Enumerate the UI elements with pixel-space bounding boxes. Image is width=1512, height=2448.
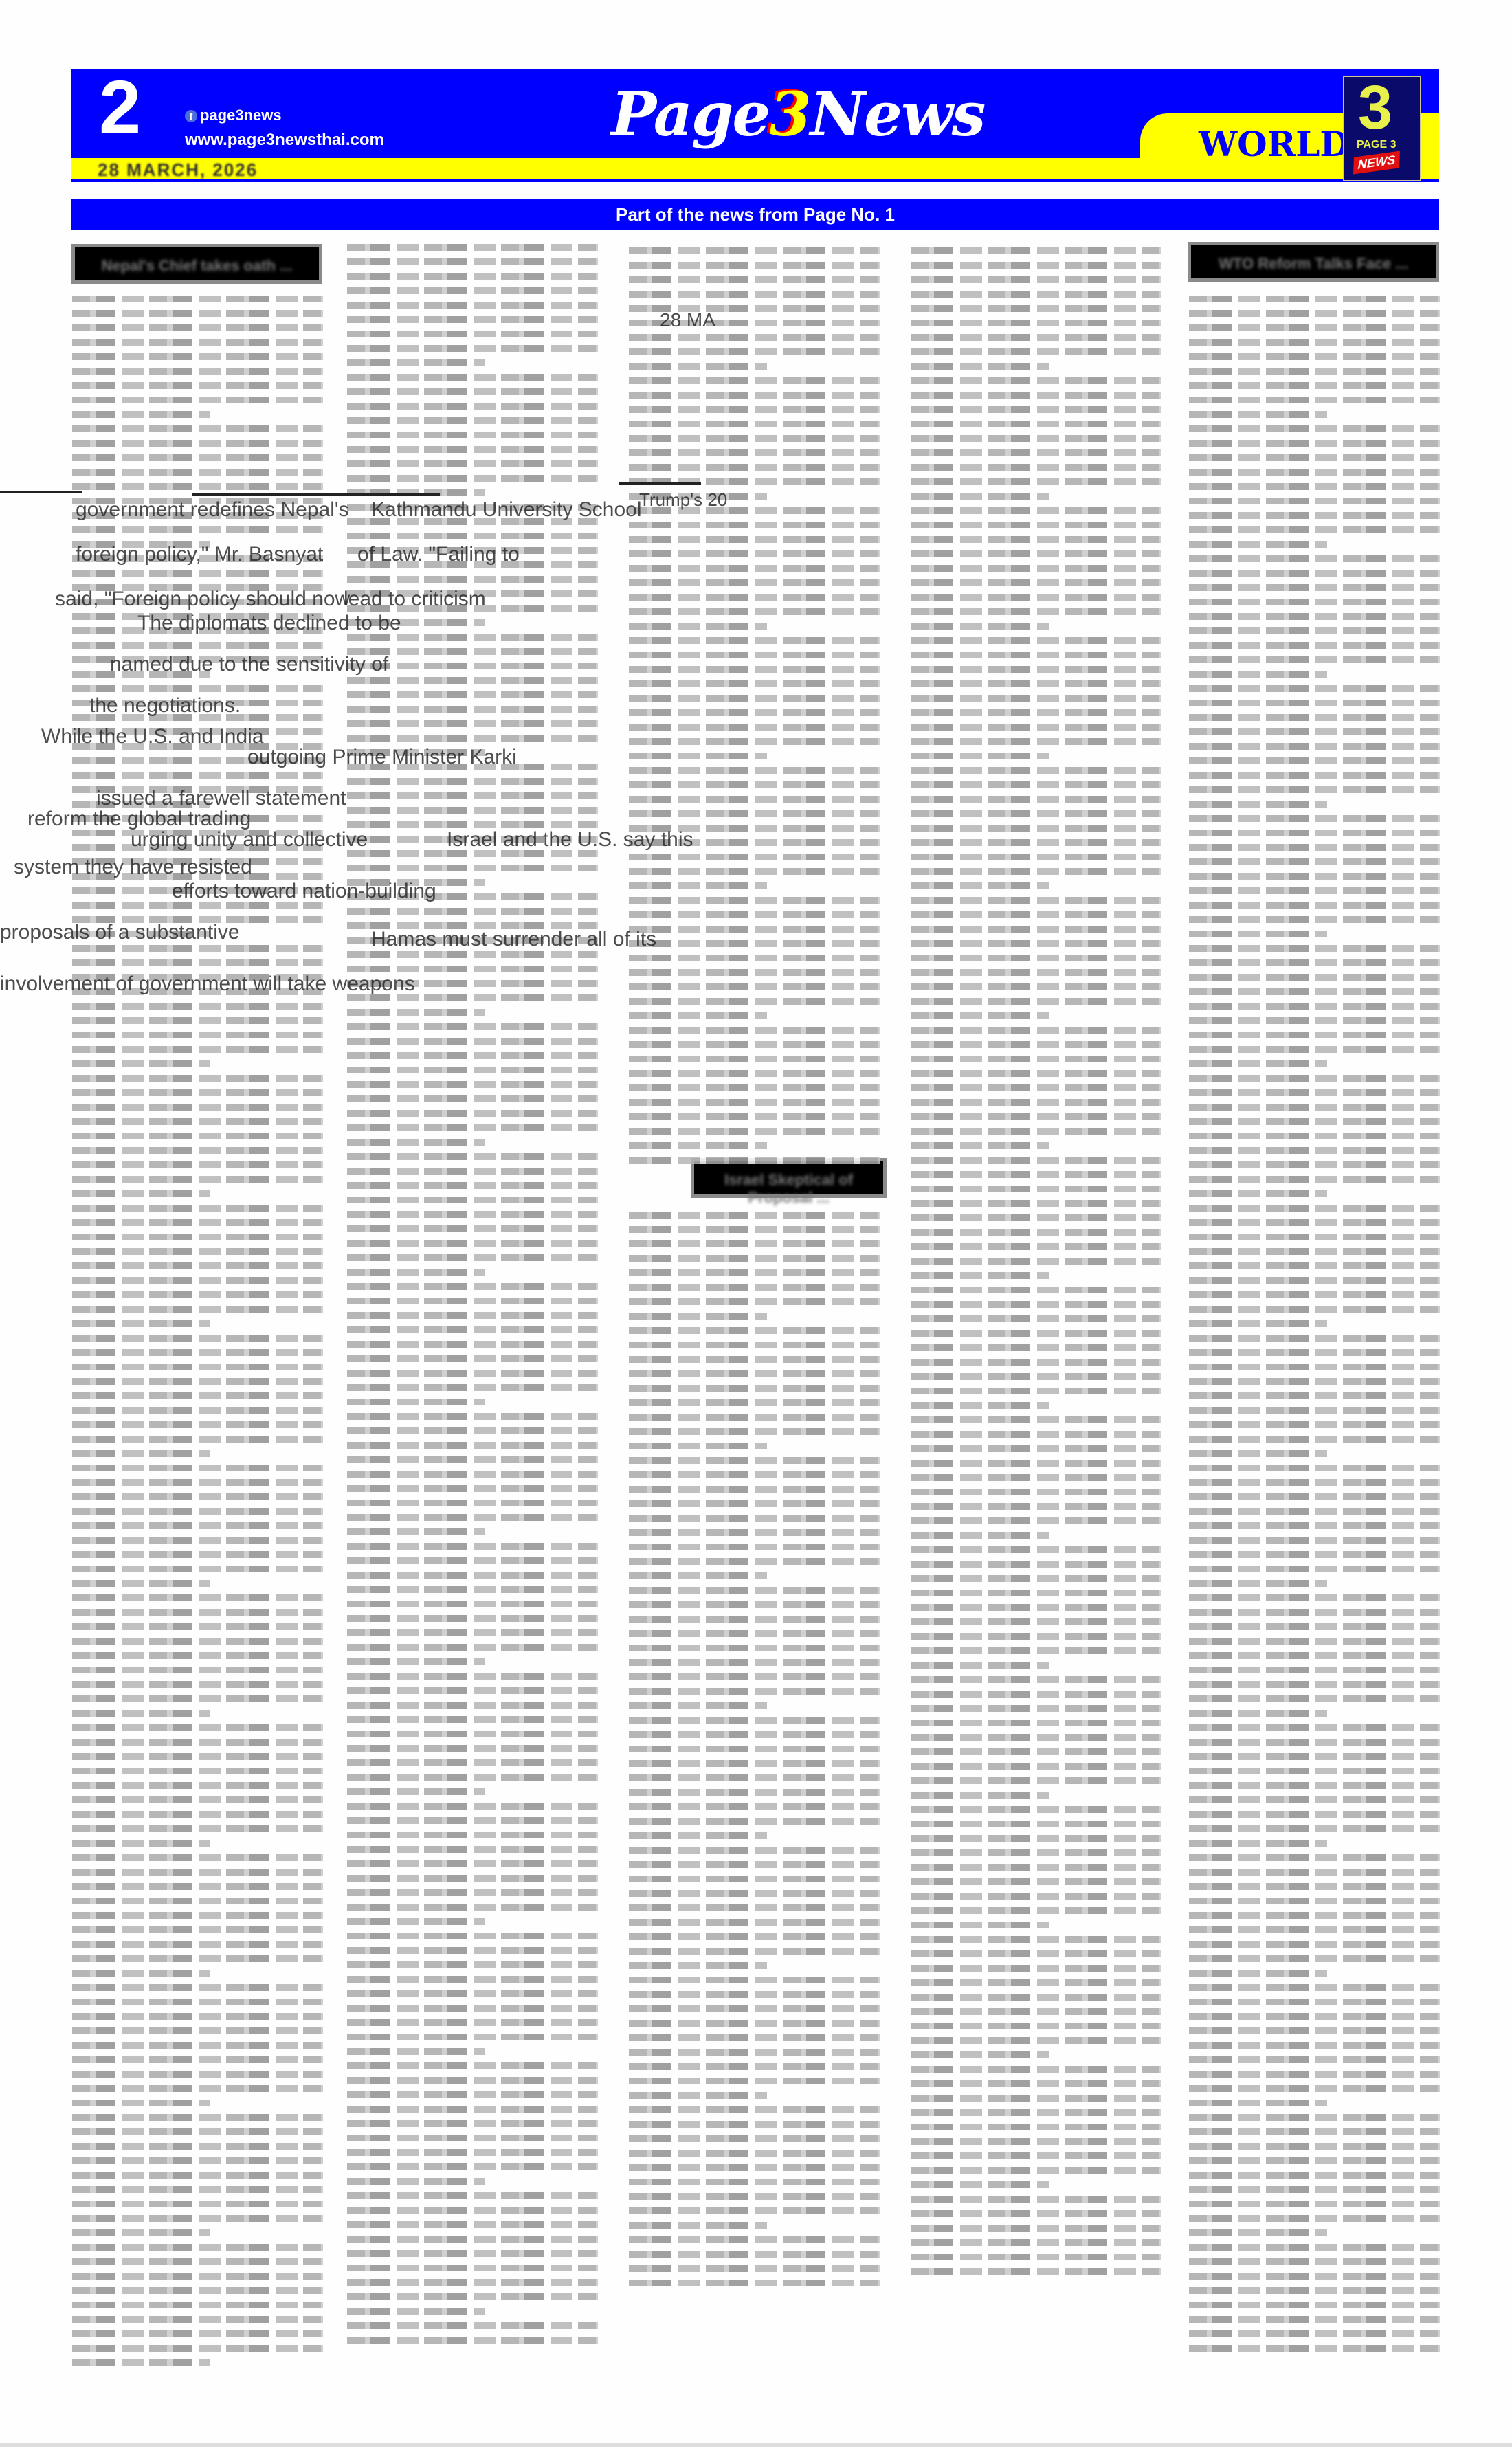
article-text-line [911, 1272, 1049, 1279]
article-text-line [911, 1171, 1161, 1178]
article-text-line [629, 2207, 880, 2214]
article-text-line [1189, 1609, 1440, 1616]
article-text-line [629, 1731, 880, 1738]
article-text-line [911, 955, 1161, 961]
article-text-line [72, 1970, 210, 1977]
article-text-line [1189, 844, 1440, 851]
page3-badge-logo: 3 PAGE 3 NEWS [1343, 76, 1421, 181]
article-text-line [911, 1460, 1161, 1467]
article-text-line [911, 435, 1161, 442]
article-text-line [911, 1849, 1161, 1856]
overlay-text: 28 MA [660, 309, 715, 331]
article-text-line [1189, 1205, 1440, 1212]
article-column-4 [911, 247, 1161, 2282]
article-text-line [911, 2239, 1161, 2246]
article-text-line [1189, 541, 1327, 548]
article-text-line [629, 2265, 880, 2272]
article-text-line [1189, 1825, 1440, 1832]
overlay-text: proposals of a substantive [0, 921, 240, 944]
article-text-line [911, 550, 1161, 557]
article-text-line [347, 2192, 598, 2199]
article-text-line [911, 522, 1161, 528]
article-text-line [347, 1514, 598, 1521]
article-text-line [72, 685, 323, 692]
article-text-line [72, 1089, 323, 1096]
article-text-line [1189, 1118, 1440, 1125]
article-text-line [347, 1197, 598, 1203]
article-text-line [1189, 526, 1440, 533]
article-text-line [629, 724, 880, 731]
article-text-line [629, 1630, 880, 1637]
logo-number: 3 [769, 78, 810, 150]
article-text-line [629, 1544, 880, 1550]
article-text-line [1189, 873, 1440, 880]
article-text-line [629, 738, 880, 745]
overlay-text: lead to criticism [344, 588, 486, 611]
article-text-line [911, 1012, 1049, 1019]
article-text-line [911, 1705, 1161, 1712]
article-text-line [72, 1854, 323, 1861]
article-text-line [347, 1832, 598, 1838]
facebook-handle[interactable]: fpage3news [185, 107, 282, 124]
article-text-line [1189, 1623, 1440, 1630]
article-text-line [629, 666, 880, 673]
article-text-line [911, 1532, 1049, 1539]
article-text-line [629, 1157, 880, 1164]
overlay-text: urging unity and collective [131, 828, 368, 852]
overlay-text: involvement of government will take weap… [0, 972, 415, 996]
article-text-line [629, 1070, 880, 1077]
article-text-line [911, 1099, 1161, 1106]
article-text-line [1189, 2143, 1440, 2150]
badge-tag: NEWS [1353, 151, 1400, 175]
article-text-line [911, 1806, 1161, 1813]
article-text-line [1189, 2071, 1440, 2078]
article-text-line [629, 550, 880, 557]
article-text-line [1189, 2201, 1440, 2207]
article-text-line [347, 2221, 598, 2228]
article-text-line [629, 608, 880, 615]
article-text-line [629, 1500, 880, 1507]
article-text-line [1189, 440, 1440, 447]
article-text-line [911, 1344, 1161, 1351]
article-text-line [1189, 1724, 1440, 1731]
article-text-line [347, 1875, 598, 1882]
article-text-line [911, 1056, 1161, 1062]
article-text-line [1189, 613, 1440, 620]
article-text-line [72, 1508, 323, 1515]
article-text-line [911, 1792, 1049, 1799]
article-text-line [347, 446, 598, 453]
article-text-line [1189, 2273, 1440, 2280]
article-text-line [911, 1893, 1161, 1900]
article-text-line [72, 1955, 323, 1962]
article-text-line [1189, 555, 1440, 562]
article-text-line [629, 2280, 880, 2286]
article-text-line [72, 1248, 323, 1255]
article-text-line [629, 810, 880, 817]
article-text-line [629, 1443, 767, 1449]
article-text-line [629, 1226, 880, 1233]
article-text-line [629, 1342, 880, 1348]
article-text-line [629, 637, 880, 644]
article-text-line [1189, 685, 1440, 692]
article-text-line [72, 1926, 323, 1933]
article-text-line [347, 417, 598, 424]
article-text-line [347, 1009, 485, 1016]
article-text-line [911, 1907, 1161, 1914]
article-text-line [911, 1186, 1161, 1192]
overlay-text: While the U.S. and India [41, 725, 264, 748]
article-text-line [347, 1456, 598, 1463]
article-text-line [1189, 1147, 1440, 1154]
article-text-line [72, 2114, 323, 2121]
headline-box-col5: WTO Reform Talks Face ... [1188, 242, 1439, 282]
article-text-line [1189, 1652, 1440, 1659]
article-text-line [911, 536, 1161, 543]
article-text-line [1189, 1450, 1327, 1457]
article-text-line [1189, 2229, 1327, 2236]
article-text-line [911, 1388, 1161, 1394]
article-text-line [347, 1298, 598, 1304]
overlay-text: Kathmandu University School [371, 498, 642, 522]
overlay-text: efforts toward nation-building [172, 880, 436, 903]
article-text-line [911, 1402, 1049, 1409]
article-text-line [629, 2078, 880, 2084]
article-text-line [347, 2062, 598, 2069]
article-text-line [911, 767, 1161, 774]
article-text-line [347, 1731, 598, 1737]
article-text-line [72, 1522, 323, 1529]
article-text-line [347, 1702, 598, 1709]
article-text-line [72, 2013, 323, 2020]
article-text-line [911, 1821, 1161, 1827]
article-text-line [629, 449, 880, 456]
article-text-line [629, 1471, 880, 1478]
article-text-line [72, 411, 210, 418]
website-link[interactable]: www.page3newsthai.com [185, 131, 384, 150]
article-text-line [72, 382, 323, 389]
article-text-line [1189, 858, 1440, 865]
article-text-line [1189, 772, 1440, 779]
article-text-line [347, 1889, 598, 1896]
article-text-line [72, 1306, 323, 1313]
article-text-line [629, 392, 880, 399]
article-text-line [911, 2008, 1161, 2015]
article-text-line [72, 1017, 323, 1024]
article-text-line [72, 1840, 210, 1847]
article-text-line [1189, 2056, 1440, 2063]
article-text-line [911, 983, 1161, 990]
article-text-line [72, 1753, 323, 1760]
article-text-line [1189, 1364, 1440, 1370]
article-text-line [347, 1788, 485, 1795]
article-text-line [1189, 1219, 1440, 1226]
article-text-line [1189, 1349, 1440, 1356]
article-text-line [1189, 2316, 1440, 2323]
article-text-line [629, 911, 880, 918]
article-text-line [347, 966, 598, 972]
article-text-line [629, 998, 880, 1005]
article-text-line [347, 1442, 598, 1449]
article-text-line [1189, 1796, 1440, 1803]
article-text-line [1189, 1840, 1327, 1847]
overlay-text: of Law. "Failing to [357, 543, 520, 566]
article-text-line [72, 1869, 323, 1876]
article-text-line [347, 1904, 598, 1911]
article-text-line [1189, 1479, 1440, 1486]
article-text-line [1189, 1234, 1440, 1240]
article-text-line [1189, 1060, 1327, 1067]
article-text-line [72, 397, 323, 403]
article-text-line [911, 594, 1161, 601]
article-text-line [911, 1258, 1161, 1265]
article-text-line [347, 2149, 598, 2156]
article-text-line [347, 1817, 598, 1824]
article-text-line [911, 2225, 1161, 2232]
article-text-line [347, 2106, 598, 2113]
article-text-line [72, 1392, 323, 1399]
article-text-line [347, 2322, 598, 2329]
article-text-line [72, 1075, 323, 1082]
article-text-line [911, 1763, 1161, 1770]
article-text-line [347, 273, 598, 280]
overlay-text: reform the global trading [27, 808, 251, 831]
article-text-line [347, 2308, 485, 2315]
article-text-line [72, 1566, 323, 1572]
article-text-line [911, 1229, 1161, 1236]
article-text-line [1189, 1811, 1440, 1818]
article-text-line [72, 642, 323, 649]
article-text-line [347, 1860, 598, 1867]
article-text-line [911, 1128, 1161, 1135]
article-text-line [911, 2210, 1161, 2217]
article-text-line [72, 2316, 323, 2323]
overlay-text: foreign policy," Mr. Basnyat [76, 543, 323, 566]
article-text-line [72, 1479, 323, 1486]
article-text-line [347, 2120, 598, 2127]
article-text-line [347, 1269, 485, 1276]
article-text-line [1189, 2287, 1440, 2294]
article-text-line [629, 2164, 880, 2171]
article-text-line [911, 1445, 1161, 1452]
article-text-line [72, 1219, 323, 1226]
article-text-line [347, 1211, 598, 1218]
article-text-line [911, 579, 1161, 586]
article-text-line [347, 908, 598, 915]
article-text-line [629, 680, 880, 687]
article-text-line [1189, 945, 1440, 952]
article-text-line [911, 969, 1161, 976]
headline-text: Nepal's Chief takes oath ... [75, 257, 319, 275]
article-text-line [1189, 1883, 1440, 1890]
article-text-line [629, 1601, 880, 1608]
article-text-line [1189, 2157, 1440, 2164]
article-text-line [1189, 728, 1440, 735]
article-text-line [1189, 599, 1440, 605]
article-text-line [911, 1936, 1161, 1943]
article-text-line [629, 1486, 880, 1493]
article-text-line [911, 854, 1161, 860]
article-text-line [347, 331, 598, 337]
article-text-line [911, 1950, 1161, 1957]
article-text-line [72, 1493, 323, 1500]
article-text-line [72, 1277, 323, 1284]
article-text-line [1189, 757, 1440, 764]
article-text-line [72, 324, 323, 331]
article-text-line [629, 1645, 880, 1651]
article-text-line [911, 1474, 1161, 1481]
article-text-line [629, 1385, 880, 1392]
article-text-line [72, 1161, 323, 1168]
article-text-line [911, 291, 1161, 298]
article-text-line [72, 1436, 323, 1443]
section-label: WORLD [1199, 124, 1350, 164]
article-text-line [347, 1427, 598, 1434]
article-text-line [1189, 339, 1440, 346]
article-text-line [347, 287, 598, 294]
article-text-line [347, 1586, 598, 1593]
article-text-line [911, 926, 1161, 933]
article-text-line [347, 1225, 598, 1232]
article-text-line [911, 1359, 1161, 1366]
article-text-line [629, 1962, 767, 1969]
article-text-line [1189, 2042, 1440, 2049]
overlay-text: the negotiations. [89, 694, 241, 717]
article-text-line [1189, 801, 1327, 808]
article-text-line [347, 865, 598, 871]
article-text-line [347, 1629, 598, 1636]
article-text-line [1189, 2172, 1440, 2179]
article-text-line [72, 1695, 323, 1702]
article-text-line [629, 709, 880, 716]
overlay-text: named due to the sensitivity of [110, 653, 388, 676]
article-text-line [629, 2106, 880, 2113]
overlay-text: said, "Foreign policy should now [55, 588, 350, 611]
article-text-line [72, 2302, 323, 2308]
article-text-line [347, 1182, 598, 1189]
article-text-line [347, 951, 598, 958]
article-text-line [347, 533, 598, 539]
article-text-line [629, 291, 880, 298]
article-text-line [72, 2157, 323, 2164]
article-text-line [911, 493, 1049, 500]
article-text-line [629, 1746, 880, 1752]
article-text-line [629, 781, 880, 788]
article-text-line [911, 2196, 1161, 2203]
article-text-line [911, 565, 1161, 572]
article-text-line [629, 1313, 767, 1320]
article-text-line [347, 374, 598, 381]
article-text-line [347, 2207, 598, 2214]
article-text-line [347, 258, 598, 265]
article-text-line [629, 1933, 880, 1940]
article-text-line [629, 940, 880, 947]
article-text-line [72, 1594, 323, 1601]
article-text-line [911, 2124, 1161, 2130]
overlay-text: issued a farewell statement [96, 787, 346, 810]
article-text-line [629, 363, 767, 370]
article-text-line [347, 2279, 598, 2286]
article-text-line [1189, 296, 1440, 302]
article-text-line [1189, 815, 1440, 822]
article-text-line [72, 1364, 323, 1370]
article-text-line [629, 2135, 880, 2142]
article-text-line [347, 1759, 598, 1766]
article-text-line [72, 1883, 323, 1890]
article-text-line [911, 1546, 1161, 1553]
article-text-line [1189, 714, 1440, 721]
article-text-line [1189, 2085, 1440, 2092]
article-text-line [911, 666, 1161, 673]
article-text-line [1189, 2013, 1440, 2020]
article-text-line [72, 1667, 323, 1673]
article-text-line [72, 2027, 323, 2034]
article-text-line [347, 1572, 598, 1579]
article-text-line [347, 359, 485, 366]
article-text-line [347, 1528, 485, 1535]
article-text-line [629, 406, 880, 413]
article-text-line [1189, 1493, 1440, 1500]
article-text-line [347, 576, 598, 583]
article-text-line [1189, 700, 1440, 706]
article-text-line [1189, 1248, 1440, 1255]
article-text-line [911, 1330, 1161, 1337]
article-text-line [347, 1601, 598, 1607]
article-text-line [629, 1688, 880, 1695]
article-text-line [629, 1056, 880, 1062]
article-column-3 [629, 247, 880, 2294]
article-text-line [1189, 1580, 1327, 1587]
article-text-line [347, 1023, 598, 1030]
article-text-line [347, 807, 598, 814]
article-text-line [911, 1575, 1161, 1582]
article-text-line [72, 1046, 323, 1053]
article-text-line [629, 1890, 880, 1897]
article-text-line [911, 1113, 1161, 1120]
overlay-text: The diplomats declined to be [137, 612, 401, 635]
article-text-line [911, 2051, 1049, 2058]
article-text-line [347, 1961, 598, 1968]
article-text-line [911, 796, 1161, 803]
article-text-line [629, 897, 880, 904]
article-text-line [911, 695, 1161, 702]
article-text-line [911, 2080, 1161, 2087]
article-text-line [347, 1658, 485, 1665]
article-text-line [347, 1557, 598, 1564]
article-text-line [911, 320, 1161, 326]
article-text-line [347, 821, 598, 828]
article-text-line [629, 1269, 880, 1276]
article-text-line [1189, 1566, 1440, 1572]
article-text-line [72, 2244, 323, 2251]
article-text-line [72, 2071, 323, 2078]
article-text-line [347, 1471, 598, 1478]
article-text-line [72, 1825, 323, 1832]
article-text-line [629, 1370, 880, 1377]
article-text-line [72, 1335, 323, 1342]
article-text-line [347, 316, 598, 323]
article-text-line [72, 1176, 323, 1183]
article-text-line [911, 1965, 1161, 1972]
article-text-line [1189, 411, 1327, 418]
badge-label: PAGE 3 [1357, 139, 1397, 151]
article-text-line [72, 425, 323, 432]
article-text-line [911, 1503, 1161, 1510]
article-text-line [72, 1551, 323, 1558]
article-text-line [1189, 1378, 1440, 1385]
article-text-line [1189, 469, 1440, 476]
